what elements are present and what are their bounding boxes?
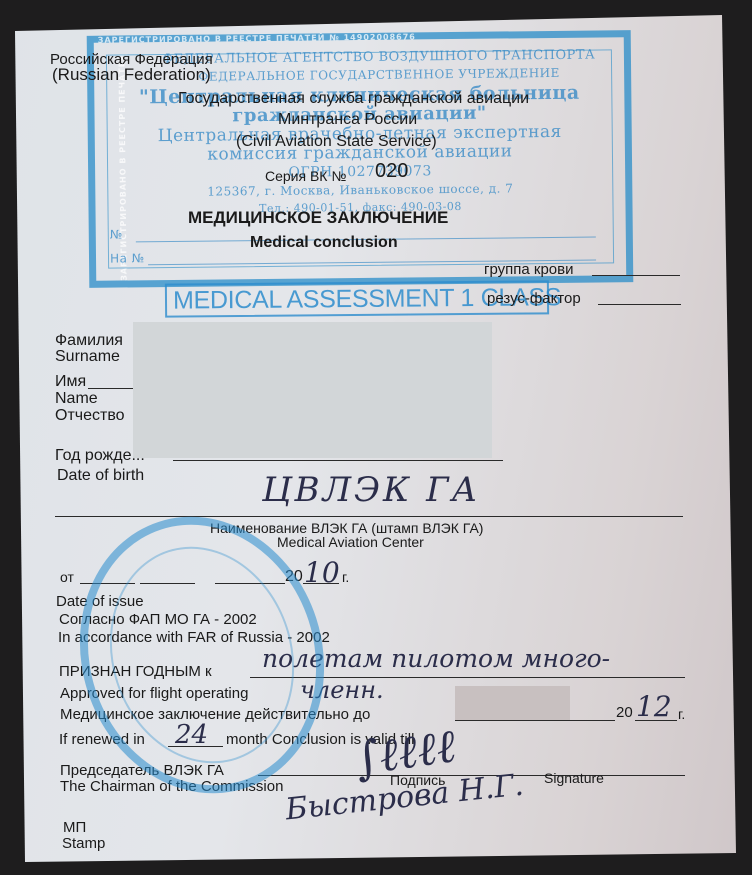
dob-line [173, 460, 503, 461]
issue-year-line [303, 583, 339, 584]
dob-en-label: Date of birth [57, 467, 144, 484]
center-line [55, 516, 683, 517]
signature-en-label: Signature [544, 771, 604, 786]
medical-certificate-document: ЗАРЕГИСТРИРОВАНО В РЕЕСТРЕ ПЕЧАТЕЙ № 149… [0, 0, 752, 875]
patronymic-ru-label: Отчество [55, 407, 125, 424]
validity-year-line [635, 720, 677, 721]
validity-date-line [455, 720, 615, 721]
document-title-en: Medical conclusion [250, 234, 398, 252]
agency-en: (Civil Aviation State Service) [236, 133, 437, 150]
stamp-no-label: № [110, 227, 123, 241]
stamp-na-no-label: На № [110, 251, 145, 265]
center-label-en: Medical Aviation Center [277, 535, 424, 550]
agency-ru: Государственная служба гражданской авиац… [178, 90, 529, 107]
name-line [88, 388, 133, 389]
country-en: (Russian Federation) [52, 66, 211, 84]
series-label: Серия ВК № [265, 169, 346, 184]
handwritten-center-name: ЦВЛЭК ГА [262, 470, 480, 510]
stamp-border-top-text: ЗАРЕГИСТРИРОВАНО В РЕЕСТРЕ ПЕЧАТЕЙ № 149… [98, 32, 416, 44]
redacted-personal-data [133, 322, 492, 458]
stamp-place-en: Stamp [62, 836, 105, 852]
validity-year-suffix: г. [678, 707, 685, 722]
blood-group-label: группа крови [484, 262, 574, 278]
stamp-place-ru: МП [63, 820, 86, 836]
surname-ru-label: Фамилия [55, 332, 123, 349]
rh-factor-line [598, 304, 681, 305]
rh-factor-label: резус-фактор [487, 291, 581, 307]
ministry-ru: Минтранса России [278, 111, 417, 128]
blood-group-line [592, 275, 680, 276]
name-ru-label: Имя [55, 373, 86, 390]
validity-year-prefix: 20 [616, 705, 633, 721]
series-number: 020 [375, 160, 408, 183]
issue-year-suffix: г. [342, 570, 349, 585]
issue-from-label: от [60, 570, 74, 585]
name-en-label: Name [55, 390, 98, 407]
validity-year-handwritten: 12 [636, 690, 672, 723]
issue-year-handwritten: 10 [304, 556, 340, 589]
document-title-ru: МЕДИЦИНСКОЕ ЗАКЛЮЧЕНИЕ [188, 208, 448, 228]
surname-en-label: Surname [55, 348, 120, 365]
redacted-validity-date [455, 686, 570, 720]
dob-ru-label: Год рожде... [55, 447, 145, 464]
